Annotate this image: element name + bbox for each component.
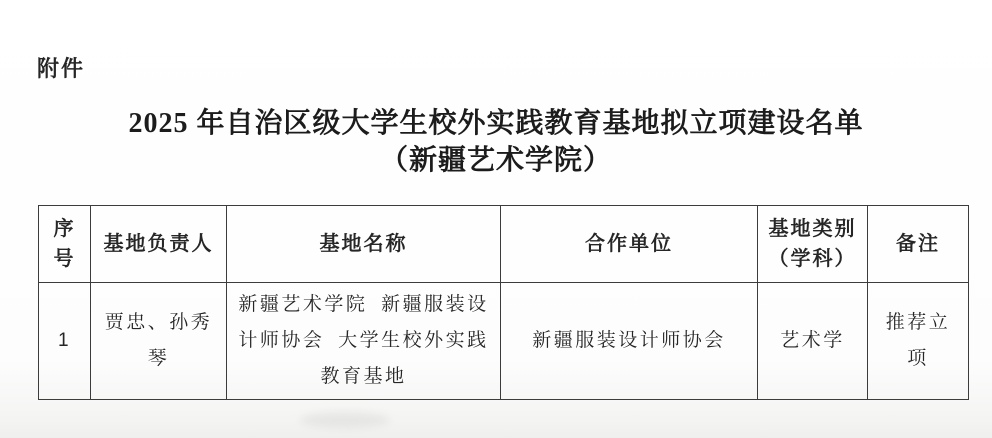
header-base-category-line1: 基地类别 [766, 214, 859, 244]
cell-base-leader: 贾忠、孙秀琴 [91, 283, 227, 400]
header-base-name: 基地名称 [227, 206, 501, 283]
header-base-leader: 基地负责人 [91, 206, 227, 283]
cell-base-category: 艺术学 [758, 283, 868, 400]
table-row: 1 贾忠、孙秀琴 新疆艺术学院 新疆服装设计师协会 大学生校外实践教育基地 新疆… [39, 283, 969, 400]
document-title-line2: （新疆艺术学院） [0, 142, 992, 179]
header-partner-unit: 合作单位 [501, 206, 758, 283]
table-header-row: 序号 基地负责人 基地名称 合作单位 基地类别 （学科） 备注 [39, 206, 969, 283]
document-title-line1: 2025 年自治区级大学生校外实践教育基地拟立项建设名单 [0, 105, 992, 142]
cell-remarks: 推荐立项 [868, 283, 969, 400]
base-project-table: 序号 基地负责人 基地名称 合作单位 基地类别 （学科） 备注 1 贾忠、孙秀琴… [38, 205, 969, 400]
scan-artifact [300, 412, 390, 428]
header-base-category: 基地类别 （学科） [758, 206, 868, 283]
cell-partner-unit: 新疆服装设计师协会 [501, 283, 758, 400]
header-base-category-line2: （学科） [766, 244, 859, 274]
header-serial-number: 序号 [39, 206, 91, 283]
header-remarks: 备注 [868, 206, 969, 283]
attachment-label: 附件 [37, 52, 85, 83]
document-title: 2025 年自治区级大学生校外实践教育基地拟立项建设名单 （新疆艺术学院） [0, 105, 992, 179]
cell-base-name: 新疆艺术学院 新疆服装设计师协会 大学生校外实践教育基地 [227, 283, 501, 400]
scanned-document-page: 附件 2025 年自治区级大学生校外实践教育基地拟立项建设名单 （新疆艺术学院）… [0, 0, 992, 438]
cell-serial-number: 1 [39, 283, 91, 400]
